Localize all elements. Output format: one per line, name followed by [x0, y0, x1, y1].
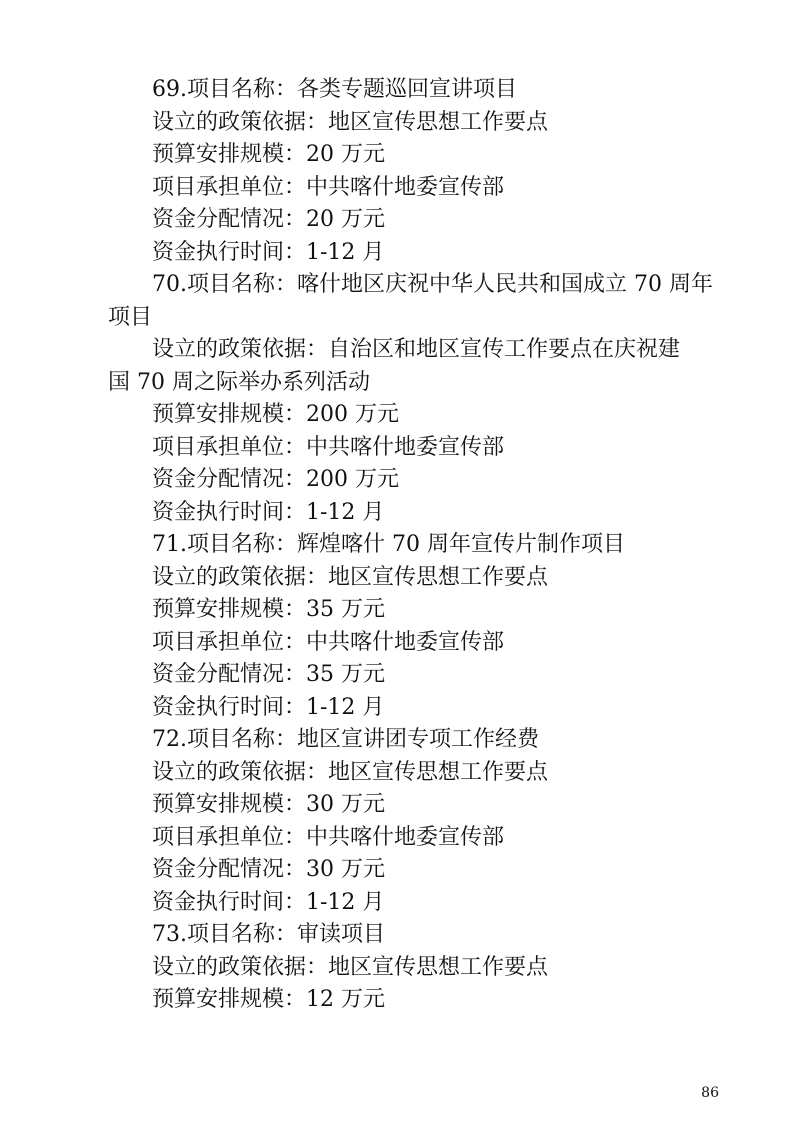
- doc-line-project-73-budget: 预算安排规模：12 万元: [108, 984, 723, 1017]
- doc-line-project-69-name: 69.项目名称：各类专题巡回宣讲项目: [108, 74, 723, 107]
- doc-line-project-70-name-wrap: 项目: [108, 302, 723, 335]
- doc-line-project-70-allocation: 资金分配情况：200 万元: [108, 464, 723, 497]
- page-number: 86: [701, 1085, 719, 1101]
- doc-line-project-72-period: 资金执行时间：1-12 月: [108, 887, 723, 920]
- doc-line-project-71-policy: 设立的政策依据：地区宣传思想工作要点: [108, 562, 723, 595]
- doc-line-project-69-policy: 设立的政策依据：地区宣传思想工作要点: [108, 107, 723, 140]
- doc-line-project-71-unit: 项目承担单位：中共喀什地委宣传部: [108, 627, 723, 660]
- doc-line-project-72-unit: 项目承担单位：中共喀什地委宣传部: [108, 822, 723, 855]
- doc-line-project-73-policy: 设立的政策依据：地区宣传思想工作要点: [108, 952, 723, 985]
- doc-line-project-70-period: 资金执行时间：1-12 月: [108, 497, 723, 530]
- document-body: 69.项目名称：各类专题巡回宣讲项目 设立的政策依据：地区宣传思想工作要点 预算…: [108, 74, 723, 1017]
- doc-line-project-70-name: 70.项目名称：喀什地区庆祝中华人民共和国成立 70 周年: [108, 269, 723, 302]
- doc-line-project-69-period: 资金执行时间：1-12 月: [108, 237, 723, 270]
- doc-line-project-72-budget: 预算安排规模：30 万元: [108, 789, 723, 822]
- doc-line-project-70-policy: 设立的政策依据：自治区和地区宣传工作要点在庆祝建: [108, 334, 723, 367]
- doc-line-project-72-name: 72.项目名称：地区宣讲团专项工作经费: [108, 724, 723, 757]
- doc-line-project-72-policy: 设立的政策依据：地区宣传思想工作要点: [108, 757, 723, 790]
- doc-line-project-71-period: 资金执行时间：1-12 月: [108, 692, 723, 725]
- doc-line-project-70-unit: 项目承担单位：中共喀什地委宣传部: [108, 432, 723, 465]
- doc-line-project-70-policy-wrap: 国 70 周之际举办系列活动: [108, 367, 723, 400]
- doc-line-project-71-name: 71.项目名称：辉煌喀什 70 周年宣传片制作项目: [108, 529, 723, 562]
- doc-line-project-73-name: 73.项目名称：审读项目: [108, 919, 723, 952]
- doc-line-project-69-allocation: 资金分配情况：20 万元: [108, 204, 723, 237]
- doc-line-project-72-allocation: 资金分配情况：30 万元: [108, 854, 723, 887]
- doc-line-project-71-allocation: 资金分配情况：35 万元: [108, 659, 723, 692]
- document-page: 69.项目名称：各类专题巡回宣讲项目 设立的政策依据：地区宣传思想工作要点 预算…: [0, 0, 793, 1122]
- doc-line-project-69-unit: 项目承担单位：中共喀什地委宣传部: [108, 172, 723, 205]
- doc-line-project-70-budget: 预算安排规模：200 万元: [108, 399, 723, 432]
- doc-line-project-69-budget: 预算安排规模：20 万元: [108, 139, 723, 172]
- doc-line-project-71-budget: 预算安排规模：35 万元: [108, 594, 723, 627]
